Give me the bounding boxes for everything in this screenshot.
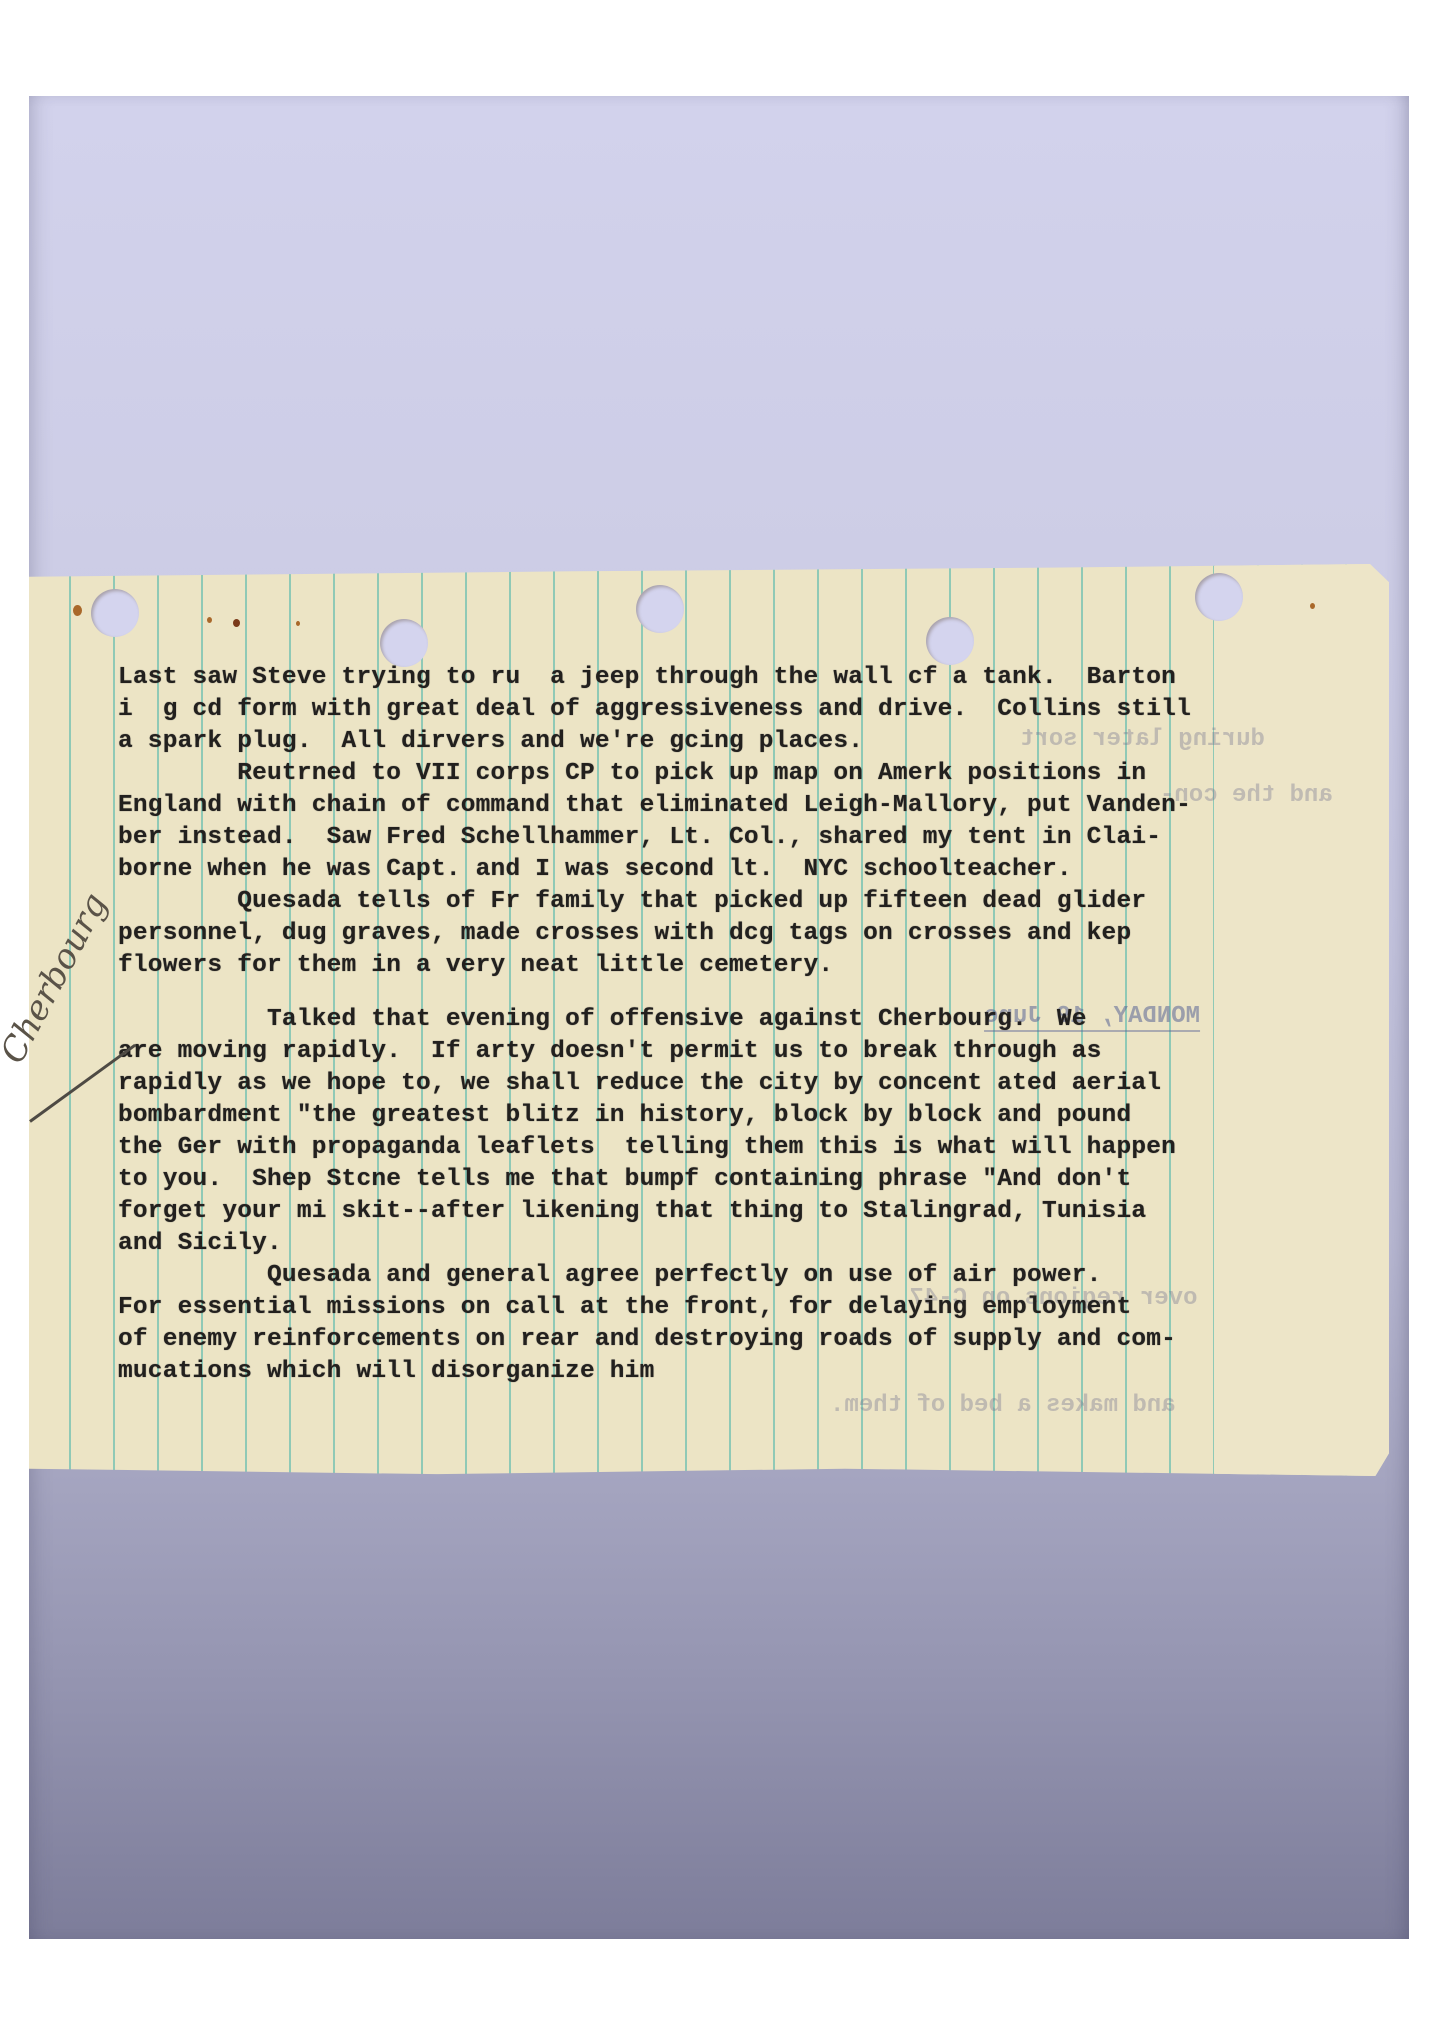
paragraph: Last saw Steve trying to ru a jeep throu…	[118, 662, 1358, 758]
typed-line: mucations which will disorganize him	[118, 1356, 1358, 1388]
paragraph: Reutrned to VII corps CP to pick up map …	[118, 758, 1358, 886]
typed-line: bombardment "the greatest blitz in histo…	[118, 1100, 1358, 1132]
rust-stain	[296, 621, 300, 626]
typed-line: to you. Shep Stcne tells me that bumpf c…	[118, 1164, 1358, 1196]
typed-line: Reutrned to VII corps CP to pick up map …	[118, 758, 1358, 790]
typed-line: rapidly as we hope to, we shall reduce t…	[118, 1068, 1358, 1100]
paragraph: Quesada tells of Fr family that picked u…	[118, 886, 1358, 982]
paragraph: Quesada and general agree perfectly on u…	[118, 1260, 1358, 1388]
typed-line: personnel, dug graves, made crosses with…	[118, 918, 1358, 950]
binder-hole	[91, 589, 139, 637]
typed-line: are moving rapidly. If arty doesn't perm…	[118, 1036, 1358, 1068]
binder-hole	[636, 585, 684, 633]
paragraph-gap	[118, 982, 1358, 1004]
binder-hole	[926, 617, 974, 665]
typed-line: flowers for them in a very neat little c…	[118, 950, 1358, 982]
typed-line: i g cd form with great deal of aggressiv…	[118, 694, 1358, 726]
binder-hole	[1195, 573, 1243, 621]
binder-hole	[380, 619, 428, 667]
typed-line: For essential missions on call at the fr…	[118, 1292, 1358, 1324]
typed-line: borne when he was Capt. and I was second…	[118, 854, 1358, 886]
typed-line: forget your mi skit--after likening that…	[118, 1196, 1358, 1228]
typed-line: a spark plug. All dirvers and we're gcin…	[118, 726, 1358, 758]
typed-line: the Ger with propaganda leaflets telling…	[118, 1132, 1358, 1164]
rust-stain	[73, 605, 82, 616]
typed-line: ber instead. Saw Fred Schellhammer, Lt. …	[118, 822, 1358, 854]
typed-line: and Sicily.	[118, 1228, 1358, 1260]
typed-diary-text: Last saw Steve trying to ru a jeep throu…	[118, 662, 1358, 1388]
paragraph: Talked that evening of offensive against…	[118, 1004, 1358, 1260]
rust-stain	[233, 619, 240, 627]
typed-line: Last saw Steve trying to ru a jeep throu…	[118, 662, 1358, 694]
typed-line: Quesada tells of Fr family that picked u…	[118, 886, 1358, 918]
typed-line: Quesada and general agree perfectly on u…	[118, 1260, 1358, 1292]
bleed-through-text: and makes a bed of them.	[830, 1392, 1176, 1419]
typed-line: of enemy reinforcements on rear and dest…	[118, 1324, 1358, 1356]
rust-stain	[1310, 603, 1315, 609]
rust-stain	[207, 617, 212, 623]
typed-line: Talked that evening of offensive against…	[118, 1004, 1358, 1036]
typed-line: England with chain of command that elimi…	[118, 790, 1358, 822]
